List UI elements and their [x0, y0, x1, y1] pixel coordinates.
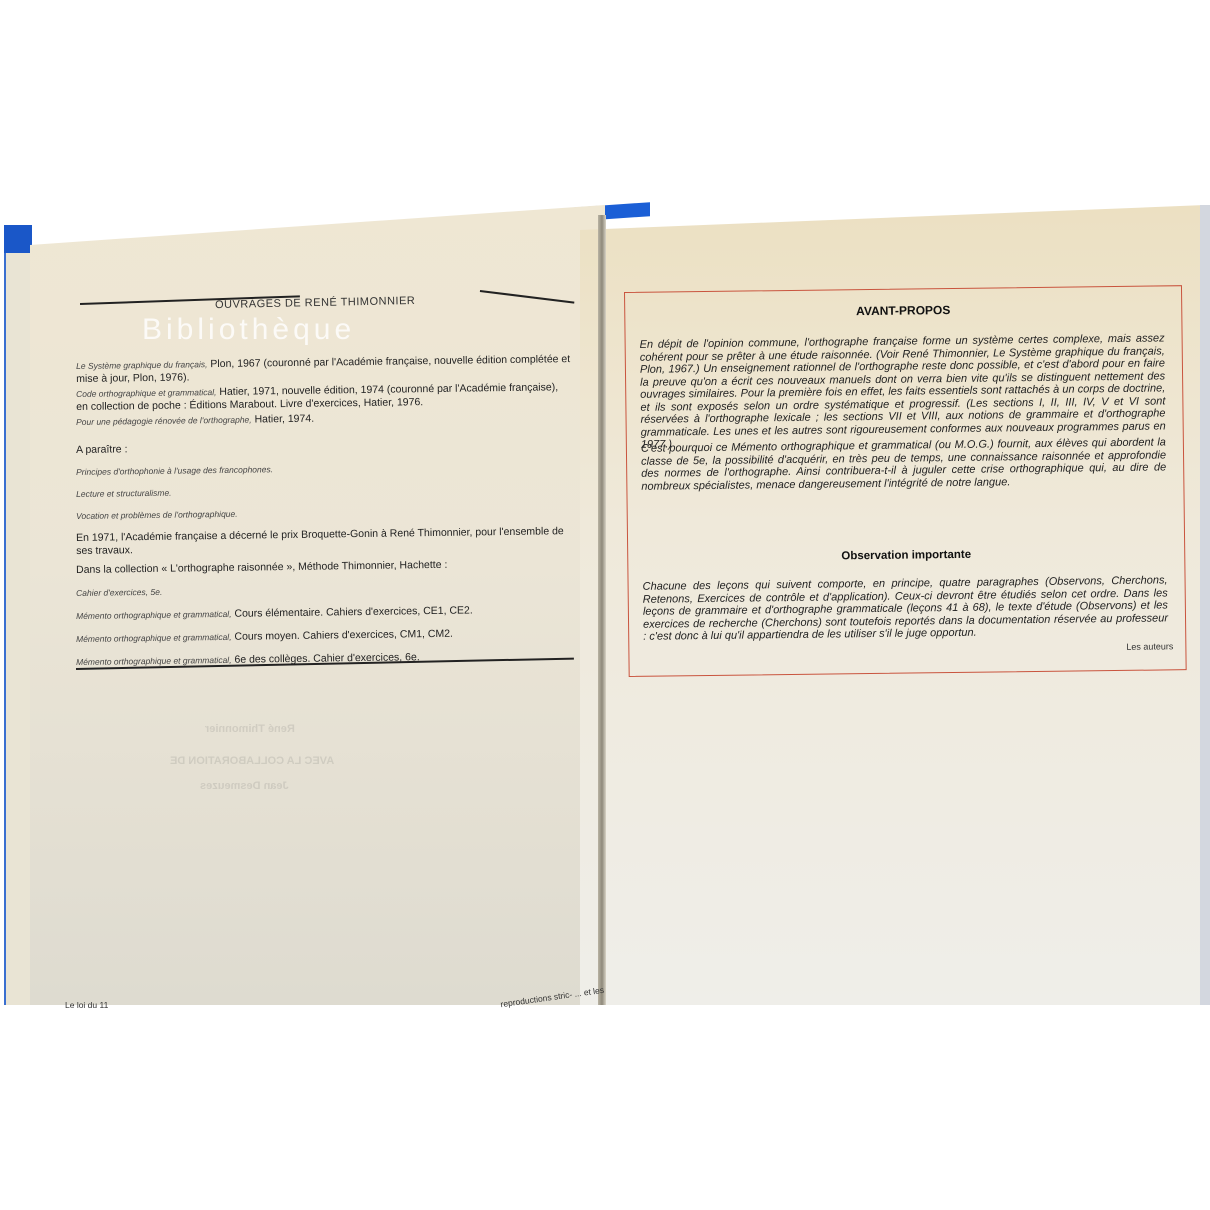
work-title: Vocation et problèmes de l'orthographiqu… — [76, 509, 238, 521]
watermark: Bibliothèque — [142, 313, 355, 347]
work-title: Mémento orthographique et grammatical, — [76, 609, 232, 621]
work-title: Cahier d'exercices, 5e. — [76, 587, 162, 598]
signature: Les auteurs — [1126, 641, 1173, 652]
work-details: A paraître : — [76, 443, 128, 456]
bleed-through-text: Jean Desmeuzes — [200, 780, 289, 792]
book-cover-edge — [4, 235, 32, 1005]
foreword-heading: AVANT-PROPOS — [625, 300, 1181, 321]
page-edge — [1200, 205, 1210, 1005]
work-details: Cours élémentaire. Cahiers d'exercices, … — [231, 604, 472, 619]
blue-cover-corner — [4, 225, 32, 253]
work-title: Lecture et structuralisme. — [76, 488, 172, 499]
bleed-through-text: AVEC LA COLLABORATION DE — [170, 755, 334, 767]
work-title: Le Système graphique du français, — [76, 359, 207, 371]
foreword-paragraph-1: En dépit de l'opinion commune, l'orthogr… — [640, 332, 1166, 451]
work-details: Hatier, 1974. — [252, 413, 315, 426]
observation-heading: Observation importante — [628, 546, 1184, 565]
left-footer: Le loi du 11 — [65, 1000, 108, 1010]
work-title: Principes d'orthophonie à l'usage des fr… — [76, 464, 273, 477]
foreword-paragraph-2: C'est pourquoi ce Mémento orthographique… — [641, 436, 1167, 492]
work-title: Mémento orthographique et grammatical, — [76, 632, 232, 644]
book-photo: OUVRAGES DE RENÉ THIMONNIER Bibliothèque… — [0, 0, 1210, 1210]
work-title: Code orthographique et grammatical, — [76, 387, 216, 399]
bleed-through-text: René Thimonnier — [205, 723, 295, 735]
book-gutter — [598, 215, 606, 1005]
observation-paragraph: Chacune des leçons qui suivent comporte,… — [643, 574, 1169, 643]
foreword-box: AVANT-PROPOS En dépit de l'opinion commu… — [624, 285, 1187, 677]
work-details: Cours moyen. Cahiers d'exercices, CM1, C… — [231, 628, 453, 643]
work-title: Pour une pédagogie rénovée de l'orthogra… — [76, 415, 252, 427]
